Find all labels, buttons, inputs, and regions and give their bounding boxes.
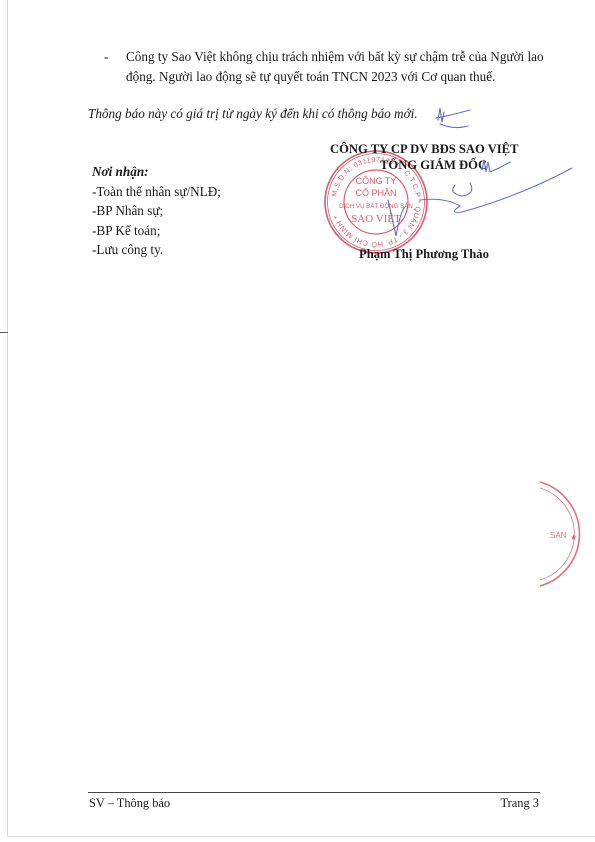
svg-text:SAO VIỆT: SAO VIỆT [351, 213, 401, 225]
margin-tick [0, 332, 8, 333]
signature-ink [0, 0, 595, 842]
footer-page-number: Trang 3 [501, 796, 539, 811]
recipient-item: -Lưu công ty. [92, 240, 221, 260]
company-name: CÔNG TY CP DV BĐS SAO VIỆT [330, 142, 519, 157]
director-title: TỔNG GIÁM ĐỐC [380, 158, 487, 173]
page-edge [7, 0, 8, 836]
svg-text:★: ★ [570, 533, 577, 542]
recipient-item: -BP Nhân sự; [92, 201, 221, 221]
partial-seal-stamp: C.T.C.P * SẢN * HÍ MINH SẢN ★ [530, 478, 595, 590]
recipient-item: -BP Kế toán; [92, 221, 221, 241]
bullet-text: Công ty Sao Việt không chịu trách nhiệm … [126, 47, 556, 87]
signer-name: Phạm Thị Phương Thảo [359, 247, 489, 262]
page-bottom-edge [7, 836, 595, 837]
recipient-item: -Toàn thể nhân sự/NLĐ; [92, 182, 221, 202]
recipients-block: Nơi nhận: -Toàn thể nhân sự/NLĐ; -BP Nhâ… [92, 162, 221, 260]
footer-document-label: SV – Thông báo [89, 796, 170, 811]
svg-text:CỔ PHẦN: CỔ PHẦN [355, 187, 396, 198]
bullet-dash: - [104, 47, 108, 67]
svg-text:SẢN: SẢN [550, 531, 567, 540]
footer-divider [88, 792, 540, 793]
svg-text:DỊCH VỤ BẤT ĐỘNG SẢN: DỊCH VỤ BẤT ĐỘNG SẢN [339, 203, 413, 210]
validity-note: Thông báo này có giá trị từ ngày ký đến … [88, 106, 418, 122]
svg-text:CÔNG TY: CÔNG TY [356, 176, 397, 186]
recipients-heading: Nơi nhận: [92, 162, 221, 182]
